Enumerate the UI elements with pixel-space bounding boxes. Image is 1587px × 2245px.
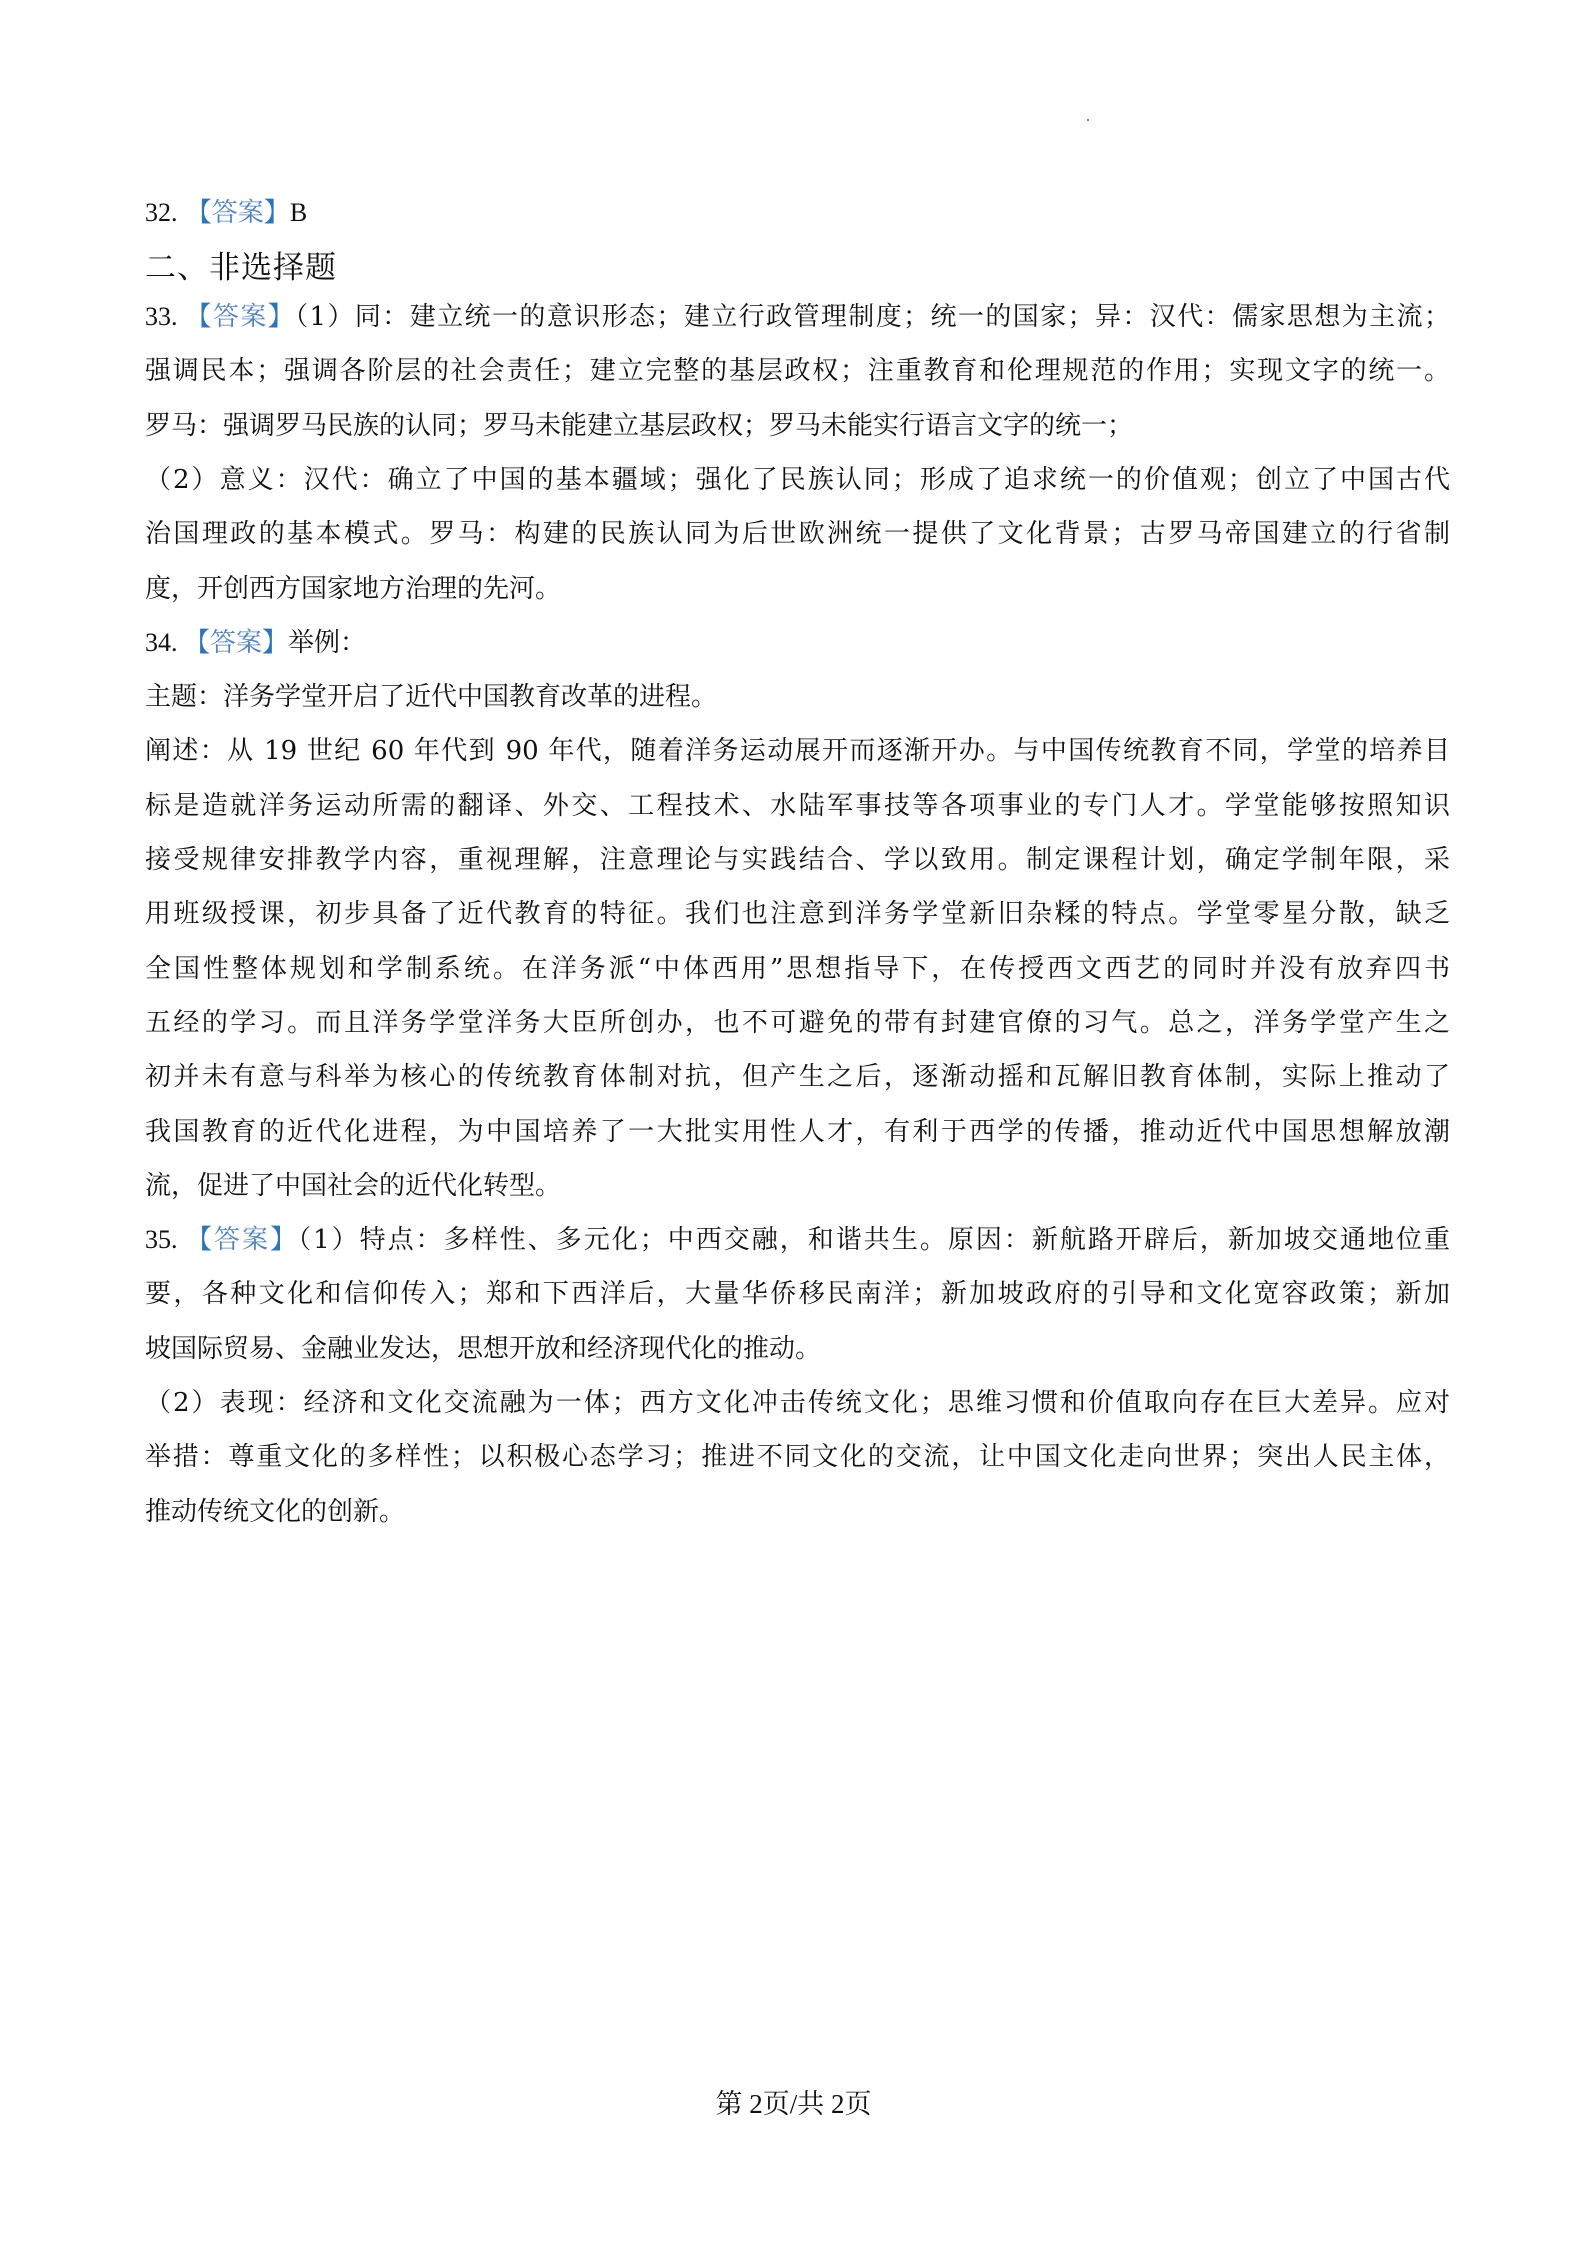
- question-number: 34.: [145, 628, 184, 657]
- answer-bracket-open: 【: [185, 302, 212, 332]
- q33-line: （2）意义：汉代：确立了中国的基本疆域；强化了民族认同；形成了追求统一的价值观；…: [145, 453, 1450, 507]
- q33-line: 罗马：强调罗马民族的认同；罗马未能建立基层政权；罗马未能实行语言文字的统一；: [145, 399, 1450, 453]
- q34-line: 初并未有意与科举为核心的传统教育体制对抗，但产生之后，逐渐动摇和瓦解旧教育体制，…: [145, 1050, 1450, 1104]
- question-number: 35.: [145, 1225, 186, 1254]
- answer-text: （2）表现：经济和文化交流融为一体；西方文化冲击传统文化；思维习惯和价值取向存在…: [145, 1388, 1450, 1418]
- q34-line: 主题：洋务学堂开启了近代中国教育改革的进程。: [145, 670, 1450, 724]
- answer-text: 罗马：强调罗马民族的认同；罗马未能建立基层政权；罗马未能实行语言文字的统一；: [145, 411, 1133, 441]
- question-number: 32.: [145, 198, 178, 227]
- answer-text: 用班级授课，初步具备了近代教育的特征。我们也注意到洋务学堂新旧杂糅的特点。学堂零…: [145, 899, 1450, 929]
- section-heading: 二、非选择题: [145, 247, 337, 289]
- q34-line: 全国性整体规划和学制系统。在洋务派“中体西用”思想指导下，在传授西文西艺的同时并…: [145, 942, 1450, 996]
- page-footer: 第 2页/共 2页: [0, 2082, 1587, 2121]
- answer-label: 答案: [212, 198, 264, 228]
- q34-line: 五经的学习。而且洋务学堂洋务大臣所创办，也不可避免的带有封建官僚的习气。总之，洋…: [145, 996, 1450, 1050]
- answer-text: 要，各种文化和信仰传入；郑和下西洋后，大量华侨移民南洋；新加坡政府的引导和文化宽…: [145, 1279, 1450, 1309]
- answer-text: 举例：: [288, 628, 366, 658]
- answer-text: 流，促进了中国社会的近代化转型。: [145, 1171, 561, 1201]
- q33-line: 33. 【答案】（1）同：建立统一的意识形态；建立行政管理制度；统一的国家；异：…: [145, 290, 1450, 344]
- q35-line: 坡国际贸易、金融业发达，思想开放和经济现代化的推动。: [145, 1322, 1450, 1376]
- q34-line: 用班级授课，初步具备了近代教育的特征。我们也注意到洋务学堂新旧杂糅的特点。学堂零…: [145, 887, 1450, 941]
- answer-bracket-open: 【: [186, 1225, 214, 1255]
- q35-line: 要，各种文化和信仰传入；郑和下西洋后，大量华侨移民南洋；新加坡政府的引导和文化宽…: [145, 1267, 1450, 1321]
- answer-text: （2）意义：汉代：确立了中国的基本疆域；强化了民族认同；形成了追求统一的价值观；…: [145, 465, 1450, 495]
- q35-line: （2）表现：经济和文化交流融为一体；西方文化冲击传统文化；思维习惯和价值取向存在…: [145, 1376, 1450, 1430]
- answer-32: 32. 【答案】B: [145, 193, 1450, 233]
- q34-line: 标是造就洋务运动所需的翻译、外交、工程技术、水陆军事技等各项事业的专门人才。学堂…: [145, 779, 1450, 833]
- q34-line: 阐述：从 19 世纪 60 年代到 90 年代，随着洋务运动展开而逐渐开办。与中…: [145, 724, 1450, 778]
- scan-artifact-dot: [1087, 119, 1089, 121]
- answer-bracket-close: 】: [270, 1225, 298, 1255]
- answer-text: （1）特点：多样性、多元化；中西交融，和谐共生。原因：新航路开辟后，新加坡交通地…: [298, 1225, 1450, 1255]
- q35-line: 举措：尊重文化的多样性；以积极心态学习；推进不同文化的交流，让中国文化走向世界；…: [145, 1430, 1450, 1484]
- answer-text: 治国理政的基本模式。罗马：构建的民族认同为后世欧洲统一提供了文化背景；古罗马帝国…: [145, 519, 1450, 549]
- answer-bracket-close: 】: [262, 628, 288, 658]
- q34-line: 接受规律安排教学内容，重视理解，注意理论与实践结合、学以致用。制定课程计划，确定…: [145, 833, 1450, 887]
- answer-text: 举措：尊重文化的多样性；以积极心态学习；推进不同文化的交流，让中国文化走向世界；…: [145, 1442, 1450, 1472]
- answer-text: 坡国际贸易、金融业发达，思想开放和经济现代化的推动。: [145, 1334, 821, 1364]
- answer-text: （1）同：建立统一的意识形态；建立行政管理制度；统一的国家；异：汉代：儒家思想为…: [295, 302, 1450, 332]
- answer-text: 阐述：从 19 世纪 60 年代到 90 年代，随着洋务运动展开而逐渐开办。与中…: [145, 736, 1450, 766]
- question-number: 33.: [145, 302, 185, 331]
- answer-text: 强调民本；强调各阶层的社会责任；建立完整的基层政权；注重教育和伦理规范的作用；实…: [145, 356, 1450, 386]
- answer-text: 度，开创西方国家地方治理的先河。: [145, 574, 561, 604]
- q34-line: 我国教育的近代化进程，为中国培养了一大批实用性人才，有利于西学的传播，推动近代中…: [145, 1105, 1450, 1159]
- answer-text: 全国性整体规划和学制系统。在洋务派“中体西用”思想指导下，在传授西文西艺的同时并…: [145, 954, 1450, 984]
- q33-line: 治国理政的基本模式。罗马：构建的民族认同为后世欧洲统一提供了文化背景；古罗马帝国…: [145, 507, 1450, 561]
- q33-line: 度，开创西方国家地方治理的先河。: [145, 562, 1450, 616]
- answer-text: 标是造就洋务运动所需的翻译、外交、工程技术、水陆军事技等各项事业的专门人才。学堂…: [145, 791, 1450, 821]
- q35-line: 推动传统文化的创新。: [145, 1485, 1450, 1539]
- answer-bracket-close: 】: [268, 302, 295, 332]
- answer-text: 推动传统文化的创新。: [145, 1497, 405, 1527]
- answer-text: 主题：洋务学堂开启了近代中国教育改革的进程。: [145, 682, 717, 712]
- answer-bracket-close: 】: [264, 198, 290, 228]
- answer-text: 五经的学习。而且洋务学堂洋务大臣所创办，也不可避免的带有封建官僚的习气。总之，洋…: [145, 1008, 1450, 1038]
- answer-value: B: [290, 198, 307, 227]
- answer-text: 我国教育的近代化进程，为中国培养了一大批实用性人才，有利于西学的传播，推动近代中…: [145, 1117, 1450, 1147]
- answer-bracket-open: 【: [186, 198, 212, 228]
- answer-bracket-open: 【: [184, 628, 210, 658]
- answer-label: 答案: [214, 1225, 270, 1255]
- answer-label: 答案: [210, 628, 262, 658]
- answer-text: 接受规律安排教学内容，重视理解，注意理论与实践结合、学以致用。制定课程计划，确定…: [145, 845, 1450, 875]
- q34-line: 流，促进了中国社会的近代化转型。: [145, 1159, 1450, 1213]
- q33-line: 强调民本；强调各阶层的社会责任；建立完整的基层政权；注重教育和伦理规范的作用；实…: [145, 344, 1450, 398]
- answer-text: 初并未有意与科举为核心的传统教育体制对抗，但产生之后，逐渐动摇和瓦解旧教育体制，…: [145, 1062, 1450, 1092]
- q34-line: 34. 【答案】举例：: [145, 616, 1450, 670]
- answer-label: 答案: [213, 302, 268, 332]
- q35-line: 35. 【答案】（1）特点：多样性、多元化；中西交融，和谐共生。原因：新航路开辟…: [145, 1213, 1450, 1267]
